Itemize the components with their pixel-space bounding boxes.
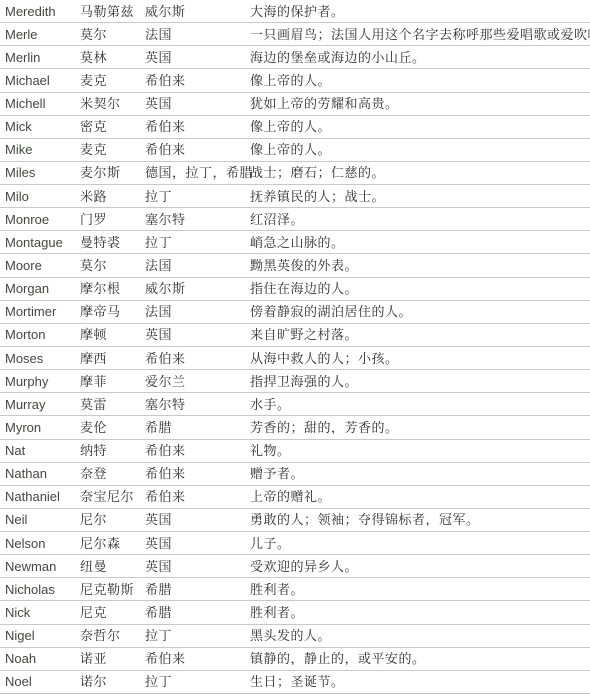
chinese-name-cell: 奈宝尼尔	[80, 490, 145, 503]
meaning-cell: 像上帝的人。	[250, 120, 590, 133]
meaning-cell: 傍着静寂的湖泊居住的人。	[250, 305, 590, 318]
chinese-name-cell: 奈登	[80, 467, 145, 480]
origin-cell: 希腊	[145, 421, 250, 434]
meaning-cell: 礼物。	[250, 444, 590, 457]
meaning-cell: 峭急之山脉的。	[250, 236, 590, 249]
english-name-cell: Mick	[0, 120, 80, 133]
meaning-cell: 镇静的，静止的，或平安的。	[250, 652, 590, 665]
english-name-cell: Newman	[0, 560, 80, 573]
chinese-name-cell: 尼尔	[80, 513, 145, 526]
origin-cell: 塞尔特	[145, 213, 250, 226]
chinese-name-cell: 摩帝马	[80, 305, 145, 318]
meaning-cell: 芳香的；甜的，芳香的。	[250, 421, 590, 434]
english-name-cell: Nathan	[0, 467, 80, 480]
meaning-cell: 红沼泽。	[250, 213, 590, 226]
meaning-cell: 指捍卫海强的人。	[250, 375, 590, 388]
origin-cell: 希伯来	[145, 444, 250, 457]
name-meaning-table: Meredith 马勒第兹 威尔斯 大海的保护者。 Merle 莫尔 法国 一只…	[0, 0, 590, 694]
origin-cell: 希伯来	[145, 120, 250, 133]
origin-cell: 拉丁	[145, 236, 250, 249]
chinese-name-cell: 莫尔	[80, 259, 145, 272]
origin-cell: 爱尔兰	[145, 375, 250, 388]
english-name-cell: Nelson	[0, 537, 80, 550]
chinese-name-cell: 莫雷	[80, 398, 145, 411]
origin-cell: 英国	[145, 97, 250, 110]
origin-cell: 拉丁	[145, 675, 250, 688]
english-name-cell: Michell	[0, 97, 80, 110]
origin-cell: 拉丁	[145, 190, 250, 203]
origin-cell: 法国	[145, 259, 250, 272]
chinese-name-cell: 摩菲	[80, 375, 145, 388]
meaning-cell: 抚养镇民的人；战士。	[250, 190, 590, 203]
chinese-name-cell: 麦克	[80, 74, 145, 87]
english-name-cell: Noah	[0, 652, 80, 665]
origin-cell: 塞尔特	[145, 398, 250, 411]
chinese-name-cell: 莫林	[80, 51, 145, 64]
chinese-name-cell: 米路	[80, 190, 145, 203]
english-name-cell: Murray	[0, 398, 80, 411]
chinese-name-cell: 奈哲尔	[80, 629, 145, 642]
origin-cell: 希腊	[145, 606, 250, 619]
meaning-cell: 黝黑英俊的外表。	[250, 259, 590, 272]
table-row: Merlin 莫林 英国 海边的堡垒或海边的小山丘。	[0, 46, 590, 69]
table-row: Nigel 奈哲尔 拉丁 黑头发的人。	[0, 625, 590, 648]
chinese-name-cell: 纳特	[80, 444, 145, 457]
chinese-name-cell: 诺亚	[80, 652, 145, 665]
table-row: Nathan 奈登 希伯来 赠予者。	[0, 463, 590, 486]
english-name-cell: Murphy	[0, 375, 80, 388]
origin-cell: 法国	[145, 305, 250, 318]
meaning-cell: 指住在海边的人。	[250, 282, 590, 295]
table-row: Meredith 马勒第兹 威尔斯 大海的保护者。	[0, 0, 590, 23]
table-row: Michell 米契尔 英国 犹如上帝的劳耀和高贵。	[0, 93, 590, 116]
english-name-cell: Mortimer	[0, 305, 80, 318]
table-row: Merle 莫尔 法国 一只画眉鸟；法国人用这个名字去称呼那些爱唱歌或爱吹哨的人	[0, 23, 590, 46]
table-row: Morgan 摩尔根 威尔斯 指住在海边的人。	[0, 278, 590, 301]
table-row: Mick 密克 希伯来 像上帝的人。	[0, 116, 590, 139]
table-row: Michael 麦克 希伯来 像上帝的人。	[0, 69, 590, 92]
chinese-name-cell: 麦伦	[80, 421, 145, 434]
chinese-name-cell: 摩顿	[80, 328, 145, 341]
english-name-cell: Monroe	[0, 213, 80, 226]
table-row: Nathaniel 奈宝尼尔 希伯来 上帝的赠礼。	[0, 486, 590, 509]
english-name-cell: Morgan	[0, 282, 80, 295]
meaning-cell: 水手。	[250, 398, 590, 411]
origin-cell: 希伯来	[145, 143, 250, 156]
origin-cell: 英国	[145, 328, 250, 341]
english-name-cell: Nicholas	[0, 583, 80, 596]
origin-cell: 英国	[145, 51, 250, 64]
table-row: Noel 诺尔 拉丁 生日；圣诞节。	[0, 671, 590, 694]
meaning-cell: 赠予者。	[250, 467, 590, 480]
english-name-cell: Moore	[0, 259, 80, 272]
origin-cell: 希腊	[145, 583, 250, 596]
meaning-cell: 来自旷野之村落。	[250, 328, 590, 341]
meaning-cell: 从海中救人的人；小孩。	[250, 352, 590, 365]
english-name-cell: Mike	[0, 143, 80, 156]
chinese-name-cell: 曼特裘	[80, 236, 145, 249]
table-row: Mike 麦克 希伯来 像上帝的人。	[0, 139, 590, 162]
meaning-cell: 受欢迎的异乡人。	[250, 560, 590, 573]
origin-cell: 威尔斯	[145, 5, 250, 18]
origin-cell: 希伯来	[145, 467, 250, 480]
origin-cell: 拉丁	[145, 629, 250, 642]
table-row: Murphy 摩菲 爱尔兰 指捍卫海强的人。	[0, 370, 590, 393]
table-row: Monroe 门罗 塞尔特 红沼泽。	[0, 208, 590, 231]
meaning-cell: 像上帝的人。	[250, 143, 590, 156]
meaning-cell: 儿子。	[250, 537, 590, 550]
english-name-cell: Morton	[0, 328, 80, 341]
english-name-cell: Nat	[0, 444, 80, 457]
table-row: Murray 莫雷 塞尔特 水手。	[0, 393, 590, 416]
table-row: Nick 尼克 希腊 胜利者。	[0, 601, 590, 624]
origin-cell: 德国，拉丁，希腊	[145, 166, 250, 179]
table-row: Miles 麦尔斯 德国，拉丁，希腊 战士；磨石；仁慈的。	[0, 162, 590, 185]
chinese-name-cell: 麦尔斯	[80, 166, 145, 179]
chinese-name-cell: 摩尔根	[80, 282, 145, 295]
english-name-cell: Neil	[0, 513, 80, 526]
origin-cell: 威尔斯	[145, 282, 250, 295]
chinese-name-cell: 莫尔	[80, 28, 145, 41]
chinese-name-cell: 门罗	[80, 213, 145, 226]
meaning-cell: 上帝的赠礼。	[250, 490, 590, 503]
chinese-name-cell: 摩西	[80, 352, 145, 365]
meaning-cell: 黑头发的人。	[250, 629, 590, 642]
chinese-name-cell: 尼尔森	[80, 537, 145, 550]
chinese-name-cell: 尼克	[80, 606, 145, 619]
meaning-cell: 大海的保护者。	[250, 5, 590, 18]
meaning-cell: 战士；磨石；仁慈的。	[250, 166, 590, 179]
chinese-name-cell: 密克	[80, 120, 145, 133]
table-row: Nicholas 尼克勒斯 希腊 胜利者。	[0, 578, 590, 601]
table-row: Milo 米路 拉丁 抚养镇民的人；战士。	[0, 185, 590, 208]
english-name-cell: Myron	[0, 421, 80, 434]
english-name-cell: Montague	[0, 236, 80, 249]
meaning-cell: 一只画眉鸟；法国人用这个名字去称呼那些爱唱歌或爱吹哨的人	[250, 28, 590, 41]
table-row: Moses 摩西 希伯来 从海中救人的人；小孩。	[0, 347, 590, 370]
english-name-cell: Moses	[0, 352, 80, 365]
meaning-cell: 犹如上帝的劳耀和高贵。	[250, 97, 590, 110]
table-row: Noah 诺亚 希伯来 镇静的，静止的，或平安的。	[0, 648, 590, 671]
chinese-name-cell: 纽曼	[80, 560, 145, 573]
table-row: Neil 尼尔 英国 勇敢的人；领袖；夺得锦标者，冠军。	[0, 509, 590, 532]
chinese-name-cell: 尼克勒斯	[80, 583, 145, 596]
table-row: Nelson 尼尔森 英国 儿子。	[0, 532, 590, 555]
origin-cell: 希伯来	[145, 490, 250, 503]
meaning-cell: 胜利者。	[250, 583, 590, 596]
english-name-cell: Nick	[0, 606, 80, 619]
meaning-cell: 勇敢的人；领袖；夺得锦标者，冠军。	[250, 513, 590, 526]
origin-cell: 英国	[145, 537, 250, 550]
english-name-cell: Michael	[0, 74, 80, 87]
table-row: Mortimer 摩帝马 法国 傍着静寂的湖泊居住的人。	[0, 301, 590, 324]
origin-cell: 希伯来	[145, 652, 250, 665]
english-name-cell: Miles	[0, 166, 80, 179]
table-row: Moore 莫尔 法国 黝黑英俊的外表。	[0, 254, 590, 277]
origin-cell: 英国	[145, 560, 250, 573]
english-name-cell: Nathaniel	[0, 490, 80, 503]
meaning-cell: 生日；圣诞节。	[250, 675, 590, 688]
table-row: Myron 麦伦 希腊 芳香的；甜的，芳香的。	[0, 416, 590, 439]
chinese-name-cell: 诺尔	[80, 675, 145, 688]
chinese-name-cell: 马勒第兹	[80, 5, 145, 18]
chinese-name-cell: 麦克	[80, 143, 145, 156]
table-row: Newman 纽曼 英国 受欢迎的异乡人。	[0, 555, 590, 578]
meaning-cell: 像上帝的人。	[250, 74, 590, 87]
origin-cell: 法国	[145, 28, 250, 41]
origin-cell: 希伯来	[145, 352, 250, 365]
english-name-cell: Nigel	[0, 629, 80, 642]
english-name-cell: Noel	[0, 675, 80, 688]
table-row: Morton 摩顿 英国 来自旷野之村落。	[0, 324, 590, 347]
english-name-cell: Meredith	[0, 5, 80, 18]
chinese-name-cell: 米契尔	[80, 97, 145, 110]
english-name-cell: Milo	[0, 190, 80, 203]
table-row: Montague 曼特裘 拉丁 峭急之山脉的。	[0, 231, 590, 254]
origin-cell: 希伯来	[145, 74, 250, 87]
table-row: Nat 纳特 希伯来 礼物。	[0, 440, 590, 463]
meaning-cell: 海边的堡垒或海边的小山丘。	[250, 51, 590, 64]
english-name-cell: Merlin	[0, 51, 80, 64]
meaning-cell: 胜利者。	[250, 606, 590, 619]
english-name-cell: Merle	[0, 28, 80, 41]
origin-cell: 英国	[145, 513, 250, 526]
